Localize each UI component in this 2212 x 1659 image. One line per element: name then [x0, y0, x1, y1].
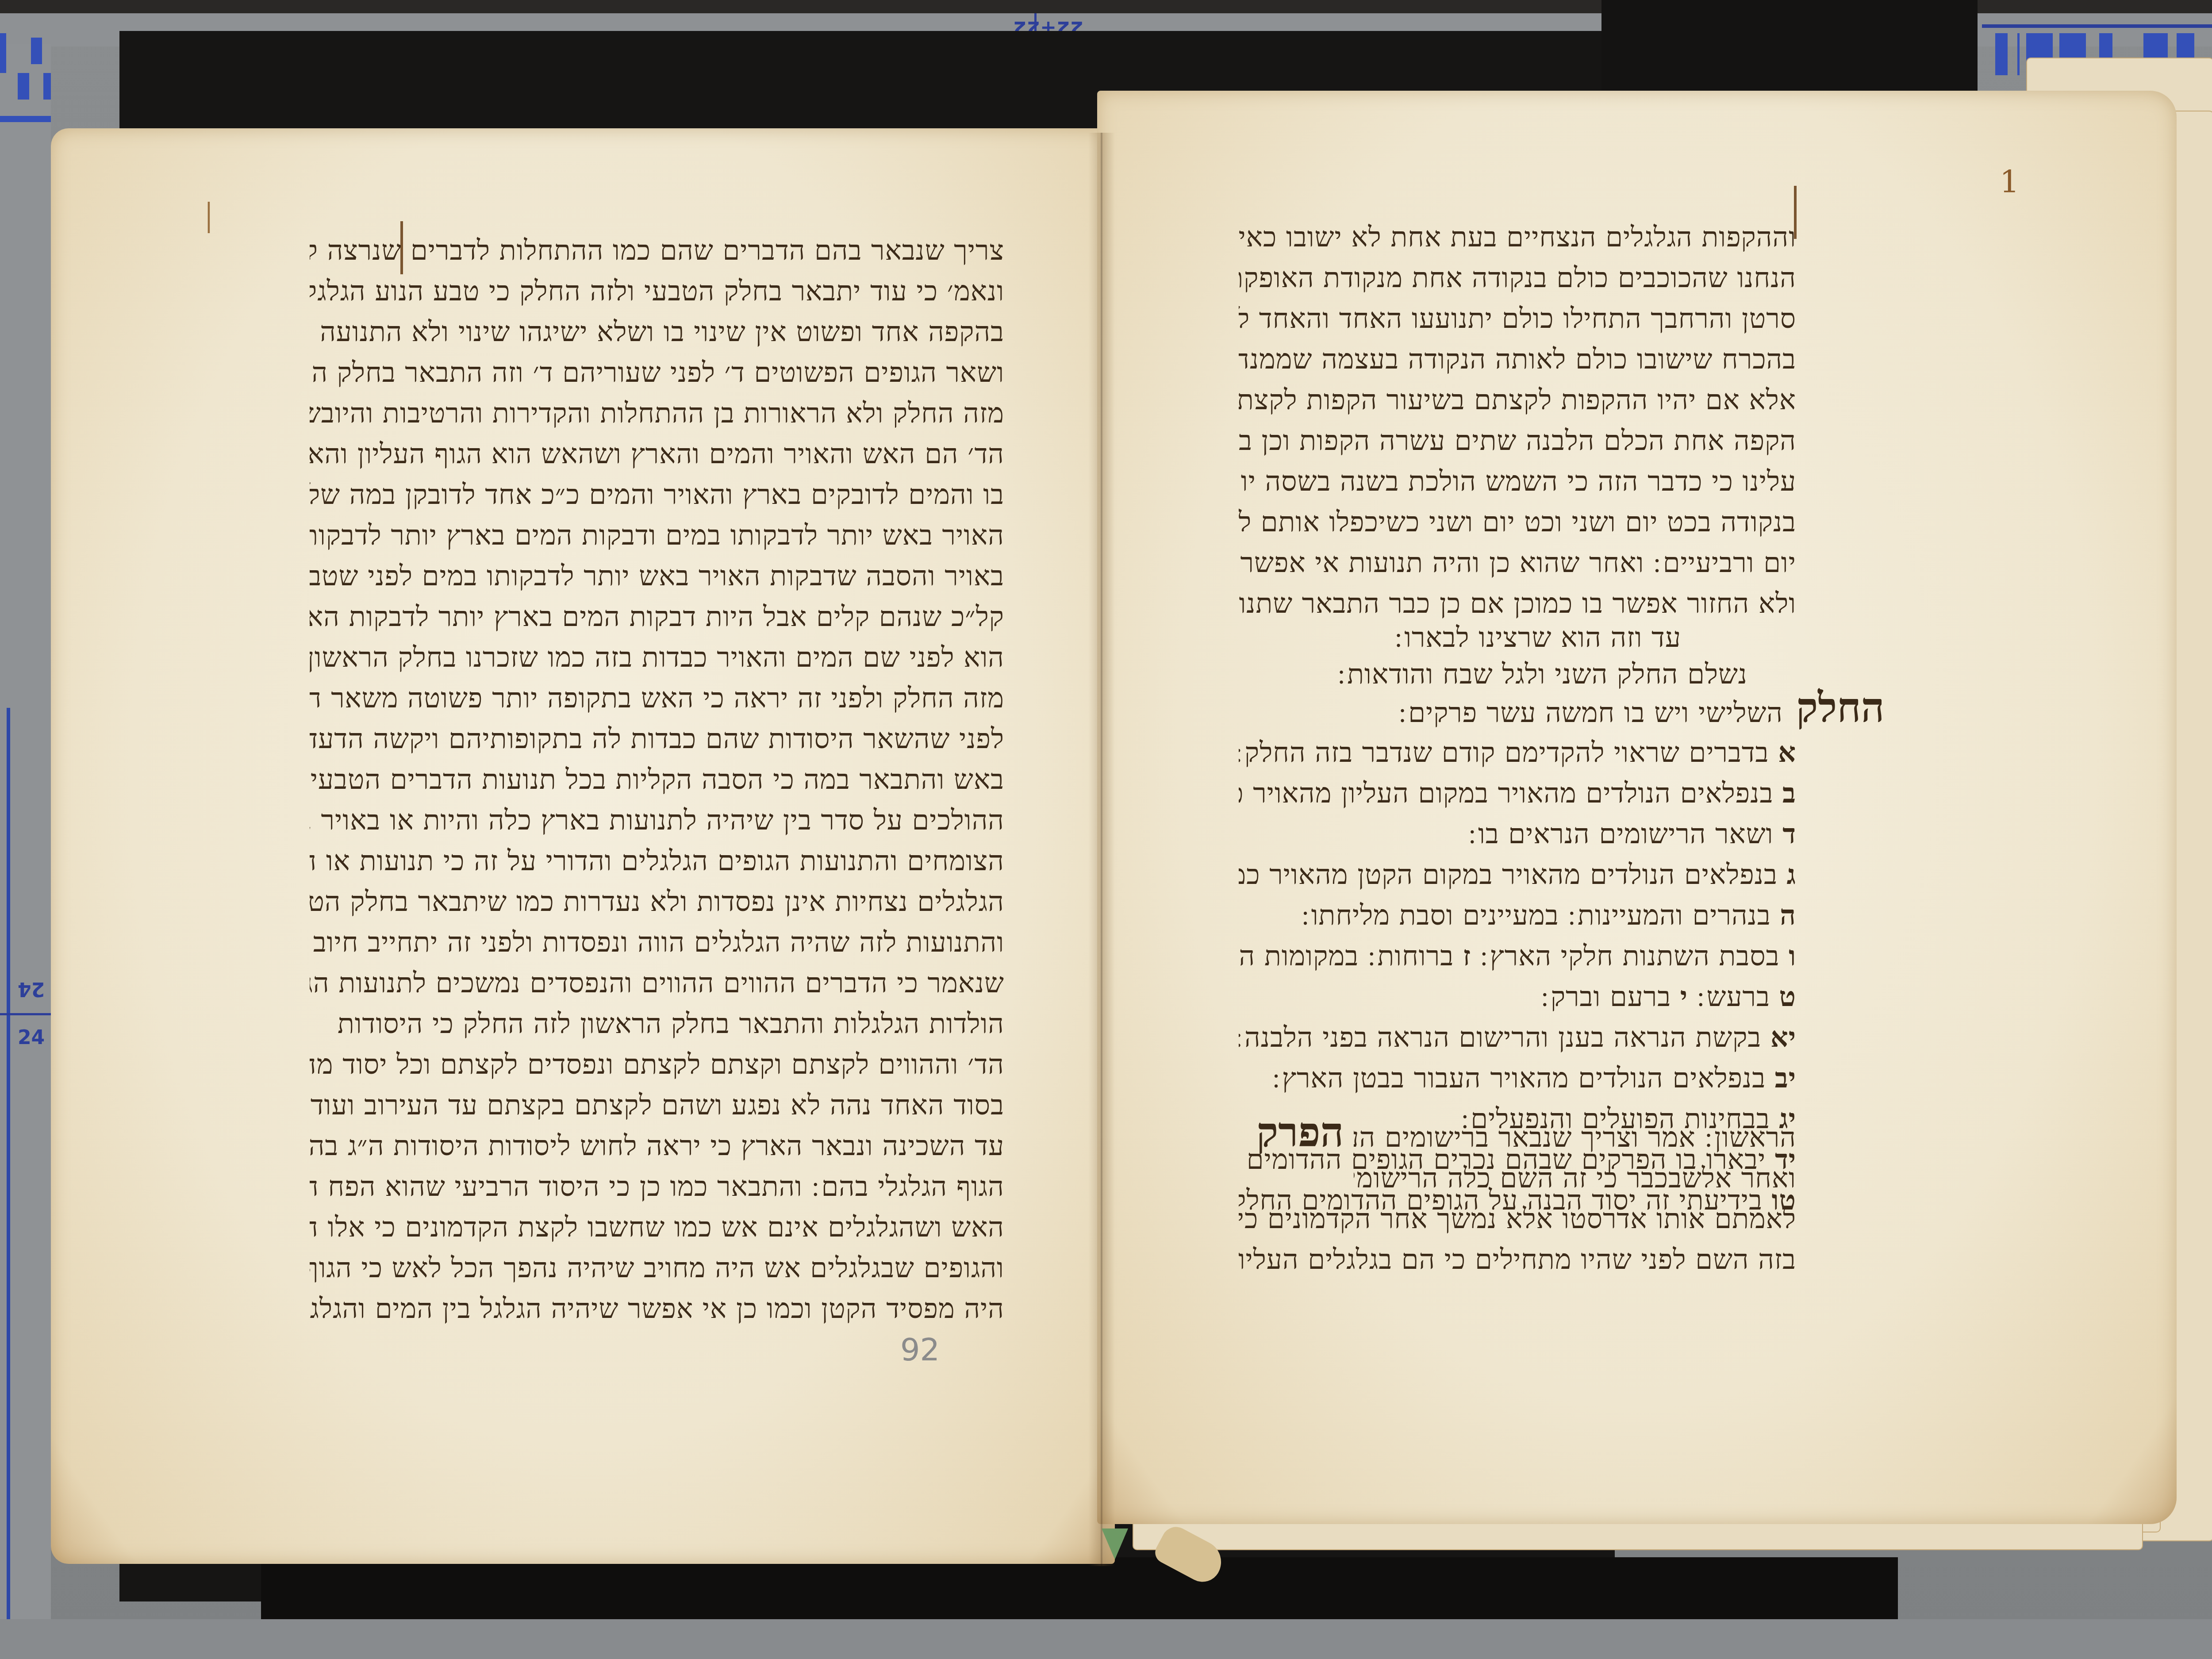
section-closing-line: עד וזה הוא שרצינו לבארו ׃	[1327, 617, 1681, 658]
text-line: סרטן והרחבך התחילו כולם יתנועעו האחד והא…	[1239, 298, 1796, 339]
text-line: באש והתבאר במה כי הסבה הקליות בכל תנועות…	[310, 759, 1004, 800]
toc-entry: ט ברעש ׃ י ברעם וברק ׃	[1239, 976, 1796, 1017]
toc-text: בקשת הנראה בענן והרישום הנראה בפני הלבנה…	[1239, 1021, 1761, 1053]
toc-number: יא	[1770, 1021, 1796, 1053]
section-heading-part: החלק	[1796, 684, 1885, 731]
toc-number: ד	[1782, 818, 1796, 850]
text-line: הצומחים והתנועות הגופים הגלגלים והדורי ע…	[310, 841, 1004, 881]
left-ruler-line	[7, 708, 10, 1659]
toc-text: בדברים שראוי להקדימם קודם שנדבר בזה החלק…	[1239, 736, 1769, 768]
text-line: האש ושהגלגלים אינם אש כמו שחשבו לקצת הקד…	[310, 1207, 1004, 1248]
toc-entry: ד ושאר הרישומים הנראים בו ׃	[1239, 814, 1796, 854]
text-line: האויר באש יותר לדבקותו במים ודבקות המים …	[310, 515, 1004, 556]
text-line: והגופים שבגלגלים אש היה מחויב שיהיה נהפך…	[310, 1248, 1004, 1288]
toc-entry: ה בנהרים והמעיינות ׃ במעיינים וסבת מליחת…	[1239, 895, 1796, 936]
text-line: בו והמים לדובקים בארץ והאויר והמים כ״כ א…	[310, 474, 1004, 515]
black-support-block	[1601, 0, 1978, 102]
text-line: ההולכים על סדר בין שיהיה לתנועות בארץ כל…	[310, 800, 1004, 841]
toc-text: ברוחות ׃ במקומות הנשבים מהארץ ׃	[1239, 940, 1454, 972]
toc-text: ושאר הרישומים הנראים בו ׃	[1468, 818, 1773, 850]
toc-text: בנהרים והמעיינות ׃ במעיינים וסבת מליחתו …	[1302, 899, 1771, 931]
text-line: עד וזה הוא שרצינו לבארו ׃	[1327, 617, 1681, 658]
left-ruler-label-upper: 24	[18, 978, 45, 1000]
toc-number: יב	[1775, 1062, 1796, 1094]
toc-text: בנפלאים הנולדים מהאויר העבור בבטן הארץ ׃	[1272, 1062, 1766, 1094]
left-ruler-label-lower: 24	[18, 1026, 45, 1049]
part-completion-line: נשלם החלק השני ולגל שבח והודאות ׃	[1305, 654, 1747, 695]
toc-text: בנפלאים הנולדים מהאויר במקום הקטן מהאויר…	[1239, 858, 1778, 891]
toc-number: א	[1778, 736, 1796, 768]
text-line: הנחנו שהכוכבים כולם בנקודה אחת מנקודת הא…	[1239, 257, 1796, 298]
logo-glyph	[43, 73, 51, 100]
logo-glyph	[0, 33, 6, 73]
text-line: בנקודה בכט יום ושני וכט יום ושני כשיכפלו…	[1239, 502, 1796, 542]
text-line: צריך שנבאר בהם הדברים שהם כמו ההתחלות לד…	[310, 230, 1004, 271]
toc-number: ז	[1463, 940, 1471, 972]
text-line: לפני שהשאר היסודות שהם כבדות לה בתקופותי…	[310, 718, 1004, 759]
pencil-folio-number: 92	[900, 1332, 940, 1368]
logo-bar	[1982, 24, 2212, 28]
text-line: הולדות הגלגלות והתבאר בחלק הראשון לזה הח…	[310, 1003, 1004, 1044]
text-line: בזה השם לפני שהיו מתחילים כי הם בגלגלים …	[1239, 1239, 1796, 1280]
section-heading-chapter: הפרק	[1256, 1108, 1344, 1156]
logo-glyph	[31, 38, 42, 64]
calibration-logo-left	[0, 24, 51, 113]
text-line: שנאמר כי הדברים ההווים ההווים והנפסדים נ…	[310, 963, 1004, 1003]
book-gutter	[1088, 133, 1115, 1566]
toc-text: ברעם וברק ׃	[1541, 980, 1671, 1013]
text-line: הד׳ הם האש והאויר והמים והארץ ושהאש הוא …	[310, 434, 1004, 474]
toc-number: ה	[1780, 899, 1796, 931]
toc-entry: יא בקשת הנראה בענן והרישום הנראה בפני הל…	[1239, 1017, 1796, 1058]
logo-glyph	[2017, 33, 2020, 75]
text-line: הד׳ וההווים לקצתם וקצתם לקצתם ונפסדים לק…	[310, 1044, 1004, 1085]
logo-glyph	[1995, 33, 2008, 75]
toc-entry: א בדברים שראוי להקדימם קודם שנדבר בזה הח…	[1239, 732, 1796, 773]
text-line: באויר והסבה שדבקות האויר באש יותר לדבקות…	[310, 556, 1004, 596]
toc-number: ט	[1779, 980, 1796, 1013]
toc-number: ו	[1789, 940, 1796, 972]
text-line: הוא לפני שם המים והאויר כבדות בזה כמו שז…	[310, 637, 1004, 678]
text-line: מזה החלק ולפני זה יראה כי האש בתקופה יות…	[310, 678, 1004, 718]
text-line: בהקפה אחד ופשוט אין שינוי בו ושלא ישיגהו…	[310, 311, 1004, 352]
text-line: הגוף הגלגלי בהם ׃ והתבאר כמו כן כי היסוד…	[310, 1166, 1004, 1207]
text-line: בסוד האחד נהה לא נפגע ושהם לקצתם בקצתם ע…	[310, 1085, 1004, 1125]
logo-glyph	[18, 73, 29, 100]
text-line: והתנועות לזה שהיה הגלגלים הווה ונפסדות ו…	[310, 922, 1004, 963]
text-line: ואחר אלשבכבר כי זה השם כלה הרישומים העלי…	[1354, 1158, 1796, 1198]
right-folio-mark: 1	[2000, 164, 2020, 200]
text-line: אלא אם יהיו ההקפות לקצתם בשיעור הקפות לק…	[1239, 380, 1796, 420]
chapter-one-text: לאמתם אותו אדרסטו אלא נמשך אחר הקדמונים …	[1239, 1198, 1796, 1280]
text-line: עלינו כי כדבר הזה כי השמש הולכת בשנה בשס…	[1239, 461, 1796, 502]
text-line: השלישי ויש בו חמשה עשר פרקים ׃	[1261, 692, 1783, 733]
bottom-ruler-strip	[0, 1619, 2212, 1659]
toc-entry: יב בנפלאים הנולדים מהאויר העבור בבטן האר…	[1239, 1058, 1796, 1098]
toc-number: ג	[1787, 858, 1796, 891]
text-line: יום ורביעיים ׃ ואחר שהוא כן והיה תנועות …	[1239, 542, 1796, 583]
text-line: הגלגלים נצחיות אינן נפסדות ולא נעדרות כמ…	[310, 881, 1004, 922]
text-line: מזה החלק ולא הראורות בן ההתחלות והקדירות…	[310, 393, 1004, 434]
toc-entry: ו בסבת השתנות חלקי הארץ ׃ ז ברוחות ׃ במק…	[1239, 936, 1796, 976]
toc-text: בסבת השתנות חלקי הארץ ׃	[1480, 940, 1780, 972]
right-page-text-top: וההקפות הגלגלים הנצחיים בעת אחת לא ישובו…	[1239, 217, 1796, 624]
text-line: וההקפות הגלגלים הנצחיים בעת אחת לא ישובו…	[1239, 217, 1796, 257]
text-line: קל״כ שנהם קלים אבל היות דבקות המים בארץ …	[310, 596, 1004, 637]
left-page-text: צריך שנבאר בהם הדברים שהם כמו ההתחלות לד…	[310, 230, 1004, 1329]
part-intro: השלישי ויש בו חמשה עשר פרקים ׃	[1261, 692, 1783, 733]
text-line: ושאר הגופים הפשוטים ד׳ לפני שעוריהם ד׳ ו…	[310, 352, 1004, 393]
calibration-bar-left	[0, 116, 51, 122]
chapter-one-text-indented: הראשון ׃ אמר וצריך שנבאר ברישומים העליונ…	[1354, 1117, 1796, 1198]
text-line: נשלם החלק השני ולגל שבח והודאות ׃	[1305, 654, 1747, 695]
toc-entry: ב בנפלאים הנולדים מהאויר במקום העליון מה…	[1239, 773, 1796, 814]
toc-text: ברעש ׃	[1697, 980, 1770, 1013]
text-line: בהכרח שישובו כולם לאותה הנקודה בעצמה שממ…	[1239, 339, 1796, 380]
text-line: הראשון ׃ אמר וצריך שנבאר ברישומים העליונ…	[1354, 1117, 1796, 1158]
toc-entry: ג בנפלאים הנולדים מהאויר במקום הקטן מהאו…	[1239, 854, 1796, 895]
toc-number: י	[1680, 980, 1688, 1013]
left-ruler-tick	[0, 1013, 51, 1015]
text-line: עד השכינה ונבאר הארץ כי יראה לחוש ליסודו…	[310, 1125, 1004, 1166]
text-line: הקפה אחת הכלם הלבנה שתים עשרה הקפות וכן …	[1239, 420, 1796, 461]
text-line: היה מפסיד הקטן וכמו כן אי אפשר שיהיה הגל…	[310, 1288, 1004, 1329]
toc-number: ב	[1782, 777, 1796, 809]
text-line: ונאמ׳ כי עוד יתבאר בחלק הטבעי ולזה החלק …	[310, 271, 1004, 311]
toc-text: בנפלאים הנולדים מהאויר במקום העליון מהאו…	[1239, 777, 1773, 809]
left-margin-mark: ׀	[201, 204, 216, 234]
text-line: לאמתם אותו אדרסטו אלא נמשך אחר הקדמונים …	[1239, 1198, 1796, 1239]
